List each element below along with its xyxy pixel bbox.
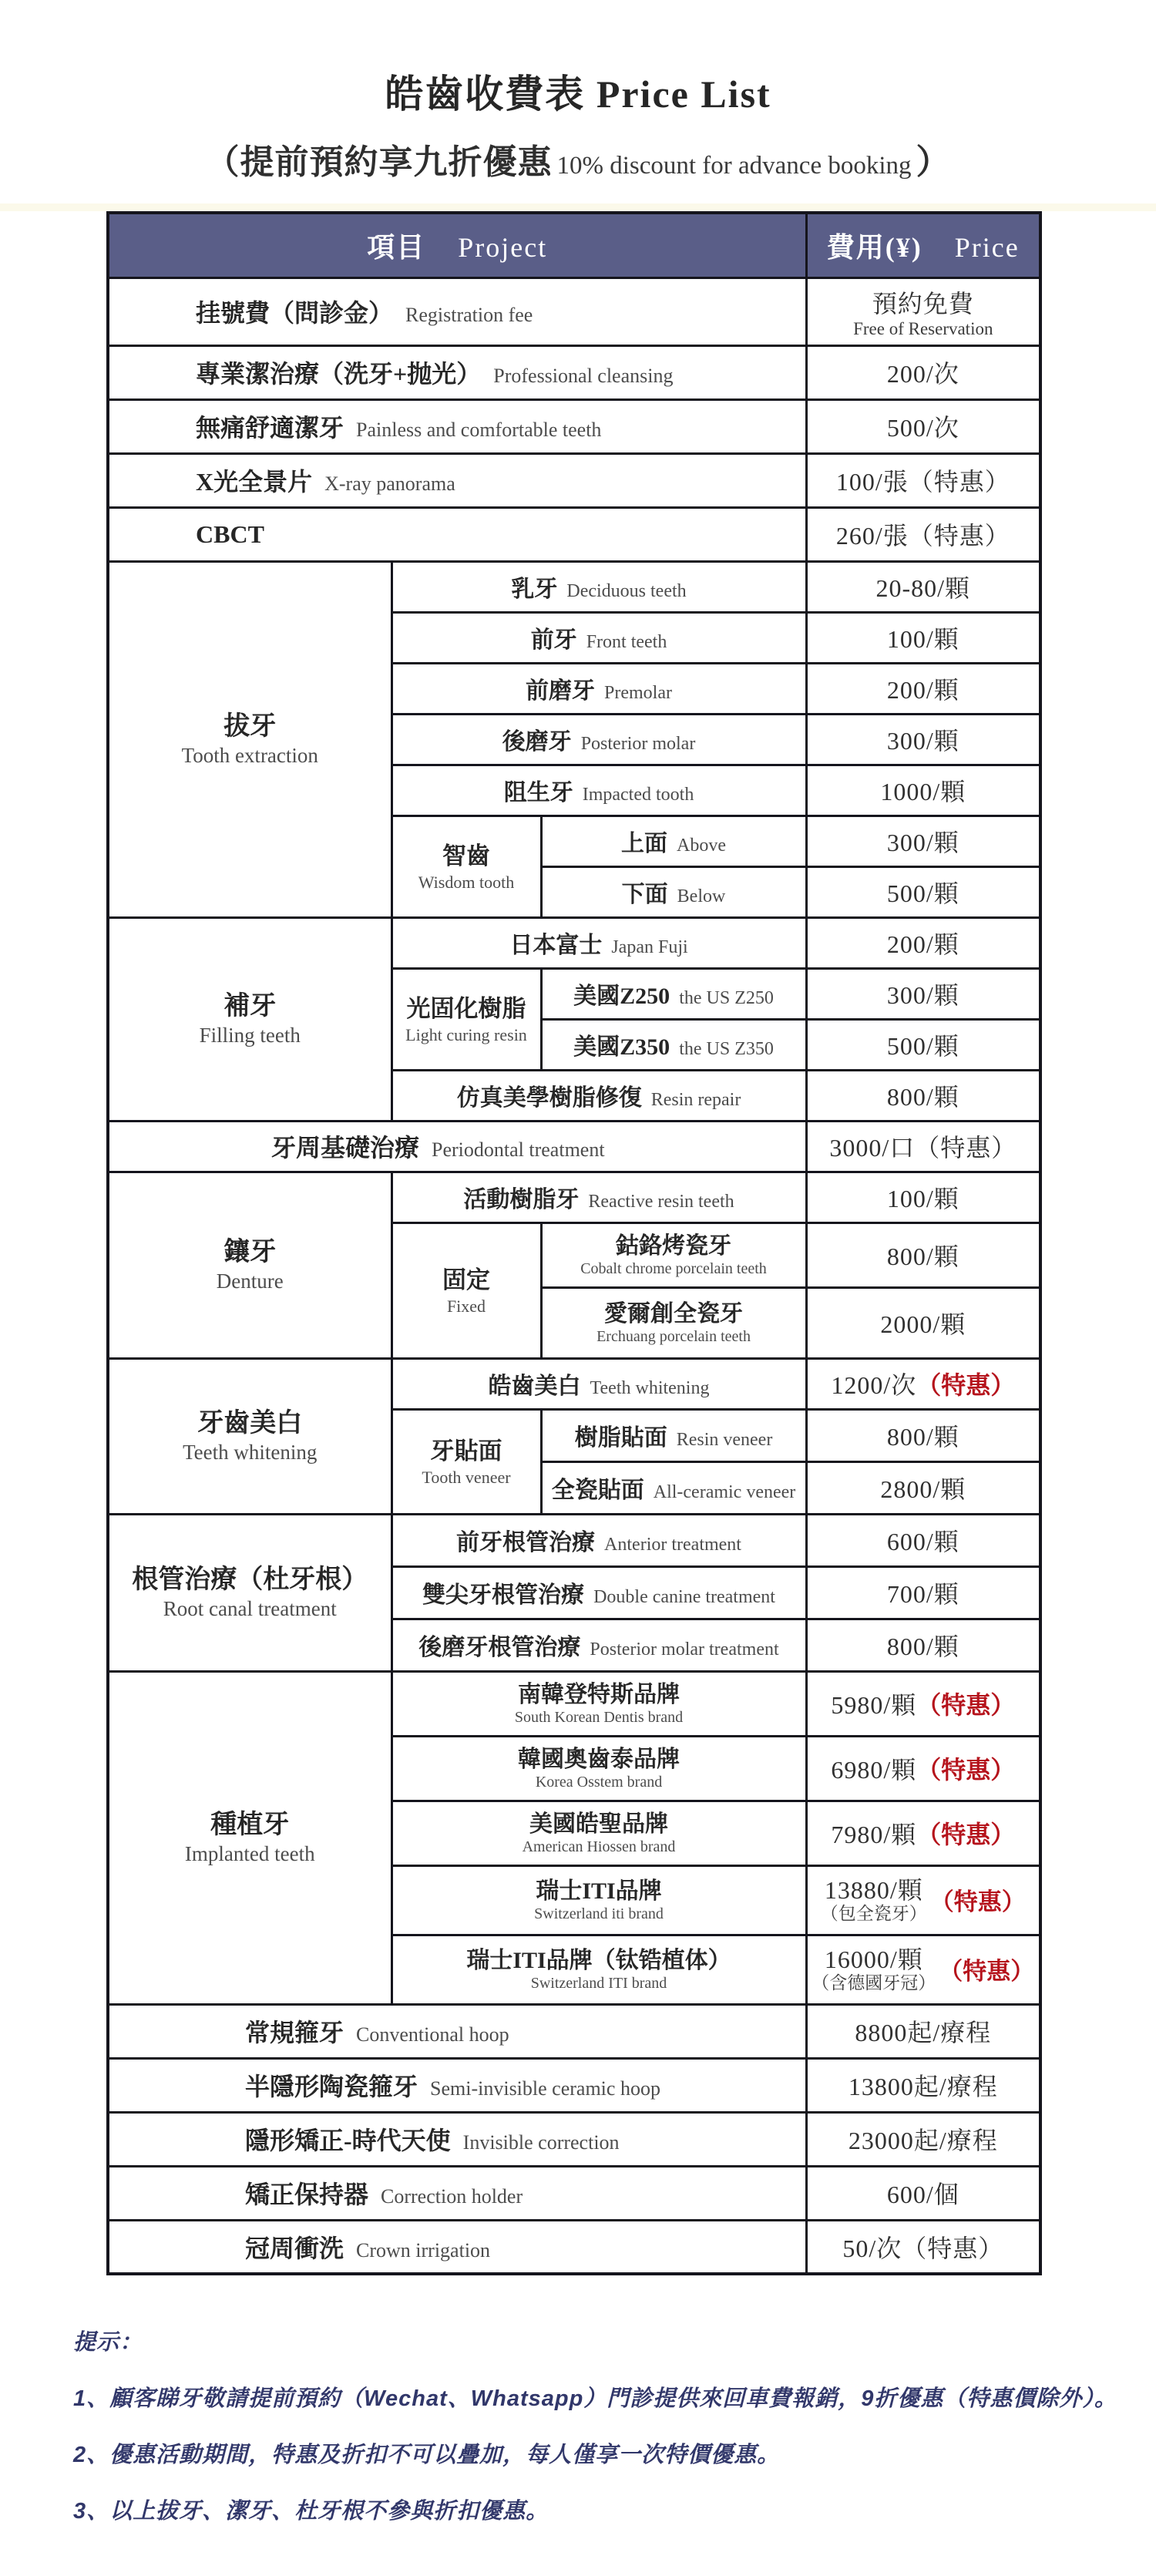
table-row: 牙齒美白Teeth whitening 皓齒美白Teeth whitening … [108,1358,1040,1409]
category-root-canal: 根管治療（杜牙根）Root canal treatment [108,1514,391,1671]
row-reactive-resin-item: 活動樹脂牙Reactive resin teeth [391,1172,806,1222]
promo-badge: （特惠） [916,1756,1015,1784]
category-light-curing-resin: 光固化樹脂Light curing resin [391,968,541,1070]
row-ceramic-veneer-item: 全瓷貼面All-ceramic veneer [541,1461,806,1514]
row-deciduous-item: 乳牙Deciduous teeth [391,561,806,612]
row-painless-item: 無痛舒適潔牙Painless and comfortable teeth [108,399,806,453]
row-canine-root-price: 700/顆 [806,1566,1040,1619]
row-haochi-whitening-item: 皓齒美白Teeth whitening [391,1358,806,1409]
row-hiossen-price: 7980/顆（特惠） [806,1801,1040,1865]
row-resin-repair-item: 仿真美學樹脂修復Resin repair [391,1070,806,1121]
row-below-item: 下面Below [541,866,806,917]
subtitle-open-paren: （ [205,143,240,181]
row-deciduous-price: 20-80/顆 [806,561,1040,612]
row-haochi-whitening-price: 1200/次（特惠） [806,1358,1040,1409]
header-price-en: Price [955,232,1020,263]
table-row: 隱形矯正-時代天使Invisible correction 23000起/療程 [108,2112,1040,2166]
table-row: 鑲牙Denture 活動樹脂牙Reactive resin teeth 100/… [108,1172,1040,1222]
row-periodontal-item: 牙周基礎治療Periodontal treatment [108,1121,806,1172]
table-row: 矯正保持器Correction holder 600/個 [108,2166,1040,2220]
price-table: 項目Project 費用(¥)Price 挂號費（問診金）Registratio… [106,211,1042,2275]
row-z250-item: 美國Z250the US Z250 [541,968,806,1019]
row-premolar-price: 200/顆 [806,663,1040,714]
table-row: 常規箍牙Conventional hoop 8800起/療程 [108,2004,1040,2058]
category-teeth-whitening: 牙齒美白Teeth whitening [108,1358,391,1514]
row-invisible-correction-price: 23000起/療程 [806,2112,1040,2166]
row-z350-price: 500/顆 [806,1019,1040,1070]
row-z350-item: 美國Z350the US Z350 [541,1019,806,1070]
note-item-1: 1、顧客睇牙敬請提前預約（Wechat、Whatsapp）門診提供來回車費報銷，… [73,2381,1156,2413]
category-filling-teeth: 補牙Filling teeth [108,917,391,1121]
category-denture: 鑲牙Denture [108,1172,391,1358]
notes-title: 提示： [73,2325,1156,2356]
subtitle-close-paren: ） [916,143,951,181]
row-resin-veneer-item: 樹脂貼面Resin veneer [541,1409,806,1461]
table-row: 根管治療（杜牙根）Root canal treatment 前牙根管治療Ante… [108,1514,1040,1566]
row-front-teeth-item: 前牙Front teeth [391,612,806,663]
row-cbct-price: 260/張（特惠） [806,507,1040,561]
header-project-zh: 項目 [367,232,425,263]
category-tooth-veneer: 牙貼面Tooth veneer [391,1409,541,1514]
row-resin-veneer-price: 800/顆 [806,1409,1040,1461]
row-erchuang-item: 愛爾創全瓷牙Erchuang porcelain teeth [541,1287,806,1358]
row-erchuang-price: 2000/顆 [806,1287,1040,1358]
row-invisible-correction-item: 隱形矯正-時代天使Invisible correction [108,2112,806,2166]
row-cleansing-item: 專業潔治療（洗牙+抛光）Professional cleansing [108,345,806,399]
row-japan-fuji-price: 200/顆 [806,917,1040,968]
table-row: 補牙Filling teeth 日本富士Japan Fuji 200/顆 [108,917,1040,968]
page-title-en: Price List [596,72,771,116]
table-row: 拔牙Tooth extraction 乳牙Deciduous teeth 20-… [108,561,1040,612]
table-row: CBCT 260/張（特惠） [108,507,1040,561]
row-crown-irrigation-item: 冠周衝洗Crown irrigation [108,2220,806,2274]
row-iti-price: 13880/顆（包全瓷牙）（特惠） [806,1865,1040,1935]
row-semi-invisible-hoop-price: 13800起/療程 [806,2058,1040,2112]
table-row: 專業潔治療（洗牙+抛光）Professional cleansing 200/次 [108,345,1040,399]
category-fixed: 固定Fixed [391,1222,541,1358]
row-xray-price: 100/張（特惠） [806,453,1040,507]
table-row: 牙周基礎治療Periodontal treatment 3000/口（特惠） [108,1121,1040,1172]
row-impacted-price: 1000/顆 [806,765,1040,816]
row-iti-item: 瑞士ITI品牌Switzerland iti brand [391,1865,806,1935]
header-project-en: Project [458,232,547,263]
row-dentis-price: 5980/顆（特惠） [806,1671,1040,1736]
row-conventional-hoop-price: 8800起/療程 [806,2004,1040,2058]
category-tooth-extraction: 拔牙Tooth extraction [108,561,391,917]
row-semi-invisible-hoop-item: 半隱形陶瓷箍牙Semi-invisible ceramic hoop [108,2058,806,2112]
subtitle-en: 10% discount for advance booking [556,152,911,180]
row-ceramic-veneer-price: 2800/顆 [806,1461,1040,1514]
category-wisdom-tooth: 智齒Wisdom tooth [391,816,541,917]
page-subtitle: （提前預約享九折優惠10% discount for advance booki… [0,134,1156,183]
row-correction-holder-price: 600/個 [806,2166,1040,2220]
row-molar-root-item: 後磨牙根管治療Posterior molar treatment [391,1619,806,1671]
row-xray-item: X光全景片X-ray panorama [108,453,806,507]
divider-strip [0,203,1156,211]
promo-badge: （特惠） [916,1371,1015,1399]
note-item-3: 3、以上拔牙、潔牙、杜牙根不參與折扣優惠。 [73,2494,1156,2525]
header-price-cell: 費用(¥)Price [806,213,1040,277]
row-molar-root-price: 800/顆 [806,1619,1040,1671]
row-premolar-item: 前磨牙Premolar [391,663,806,714]
row-cobalt-item: 鈷鉻烤瓷牙Cobalt chrome porcelain teeth [541,1222,806,1287]
row-conventional-hoop-item: 常規箍牙Conventional hoop [108,2004,806,2058]
row-iti-titanium-price: 16000/顆（含德國牙冠）（特惠） [806,1935,1040,2004]
table-row: 冠周衝洗Crown irrigation 50/次（特惠） [108,2220,1040,2274]
row-crown-irrigation-price: 50/次（特惠） [806,2220,1040,2274]
row-front-teeth-price: 100/顆 [806,612,1040,663]
table-row: X光全景片X-ray panorama 100/張（特惠） [108,453,1040,507]
row-z250-price: 300/顆 [806,968,1040,1019]
row-cbct-item: CBCT [108,507,806,561]
row-painless-price: 500/次 [806,399,1040,453]
row-reactive-resin-price: 100/顆 [806,1172,1040,1222]
row-correction-holder-item: 矯正保持器Correction holder [108,2166,806,2220]
row-posterior-molar-price: 300/顆 [806,714,1040,765]
row-above-price: 300/顆 [806,816,1040,866]
subtitle-zh: 提前預約享九折優惠 [240,143,552,181]
row-above-item: 上面Above [541,816,806,866]
row-posterior-molar-item: 後磨牙Posterior molar [391,714,806,765]
promo-badge: （特惠） [930,1882,1026,1917]
row-cobalt-price: 800/顆 [806,1222,1040,1287]
row-periodontal-price: 3000/口（特惠） [806,1121,1040,1172]
promo-badge: （特惠） [939,1952,1034,1986]
note-item-2: 2、優惠活動期間，特惠及折扣不可以疊加，每人僅享一次特價優惠。 [73,2437,1156,2469]
header-project-cell: 項目Project [108,213,806,277]
row-below-price: 500/顆 [806,866,1040,917]
row-impacted-item: 阻生牙Impacted tooth [391,765,806,816]
row-osstem-item: 韓國奧齒泰品牌Korea Osstem brand [391,1736,806,1801]
table-row: 無痛舒適潔牙Painless and comfortable teeth 500… [108,399,1040,453]
row-dentis-item: 南韓登特斯品牌South Korean Dentis brand [391,1671,806,1736]
footer-notes: 提示： 1、顧客睇牙敬請提前預約（Wechat、Whatsapp）門診提供來回車… [73,2325,1156,2525]
row-iti-titanium-item: 瑞士ITI品牌（钛锆植体）Switzerland ITI brand [391,1935,806,2004]
page-title: 皓齒收費表 Price List [0,63,1156,119]
row-anterior-root-price: 600/顆 [806,1514,1040,1566]
row-registration-price: 預約免費Free of Reservation [806,277,1040,345]
page-title-zh: 皓齒收費表 [385,72,585,116]
row-cleansing-price: 200/次 [806,345,1040,399]
table-row: 挂號費（問診金）Registration fee 預約免費Free of Res… [108,277,1040,345]
table-row: 種植牙Implanted teeth 南韓登特斯品牌South Korean D… [108,1671,1040,1736]
row-resin-repair-price: 800/顆 [806,1070,1040,1121]
table-row: 半隱形陶瓷箍牙Semi-invisible ceramic hoop 13800… [108,2058,1040,2112]
promo-badge: （特惠） [916,1821,1015,1848]
row-registration-item: 挂號費（問診金）Registration fee [108,277,806,345]
row-japan-fuji-item: 日本富士Japan Fuji [391,917,806,968]
table-header-row: 項目Project 費用(¥)Price [108,213,1040,277]
promo-badge: （特惠） [916,1691,1015,1719]
header-price-zh: 費用(¥) [827,232,922,263]
row-anterior-root-item: 前牙根管治療Anterior treatment [391,1514,806,1566]
row-osstem-price: 6980/顆（特惠） [806,1736,1040,1801]
category-implanted-teeth: 種植牙Implanted teeth [108,1671,391,2004]
row-canine-root-item: 雙尖牙根管治療Double canine treatment [391,1566,806,1619]
row-hiossen-item: 美國皓聖品牌American Hiossen brand [391,1801,806,1865]
